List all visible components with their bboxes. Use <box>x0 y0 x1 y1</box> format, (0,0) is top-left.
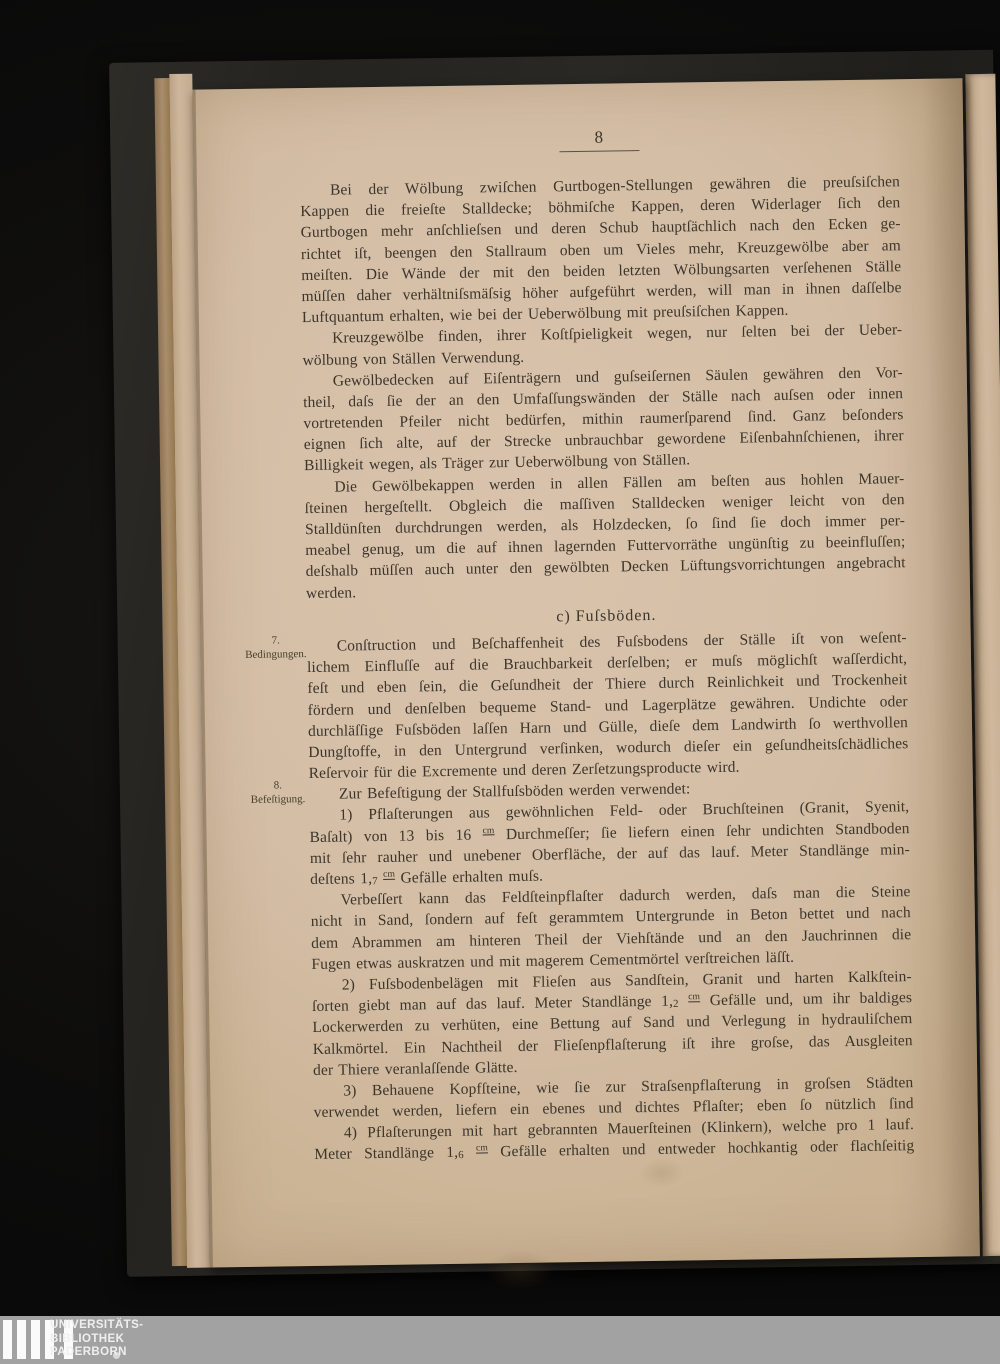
paragraph-8: Verbeſſert kann das Feldſteinpflaſter da… <box>310 881 911 975</box>
margin-note-label: Bedingungen. <box>238 647 314 662</box>
page-header: 8 <box>299 123 899 156</box>
paragraph-9: 2) Fuſsbodenbelägen mit Flieſen aus Sand… <box>312 966 914 1081</box>
paragraph-11: 4) Pflaſterungen mit hart gebrannten Mau… <box>314 1114 915 1165</box>
book: 8 7. Bedingungen. 8. Befeſtigung. Bei de… <box>0 0 1000 1329</box>
page-number-rule <box>559 150 639 152</box>
library-name-line: PADERBORN <box>50 1346 143 1360</box>
paper-stain <box>638 1158 684 1189</box>
library-name-line: BIBLIOTHEK <box>50 1333 143 1347</box>
library-name-line: UNIVERSITÄTS- <box>50 1319 143 1333</box>
margin-note-8: 8. Befeſtigung. <box>240 778 316 807</box>
paragraph-4: Die Gewölbekappen werden in allen Fällen… <box>304 468 906 604</box>
library-name: UNIVERSITÄTS- BIBLIOTHEK PADERBORN <box>50 1319 143 1360</box>
margin-note-label: Befeſtigung. <box>240 792 316 807</box>
scanned-book-photo: 8 7. Bedingungen. 8. Befeſtigung. Bei de… <box>0 0 1000 1364</box>
logo-bar <box>17 1320 26 1359</box>
paragraph-1: Bei der Wölbung zwiſchen Gurtbogen-Stell… <box>300 171 902 328</box>
margin-note-number: 7. <box>238 633 314 648</box>
paragraph-3: Gewölbedecken auf Eiſenträgern und guſse… <box>303 362 905 477</box>
paragraph-5: Conſtruction und Beſchaffenheit des Fuſs… <box>307 627 909 784</box>
body-text: Bei der Wölbung zwiſchen Gurtbogen-Stell… <box>300 171 915 1165</box>
logo-bar <box>3 1320 12 1359</box>
logo-bar <box>31 1320 40 1359</box>
page-number: 8 <box>299 123 899 152</box>
book-page: 8 7. Bedingungen. 8. Befeſtigung. Bei de… <box>192 78 979 1267</box>
paragraph-7: 1) Pflaſterungen aus gewöhnlichen Feld- … <box>309 797 910 891</box>
margin-note-number: 8. <box>240 778 316 793</box>
section-heading: c) Fuſsböden. <box>306 601 906 631</box>
margin-note-7: 7. Bedingungen. <box>238 633 314 662</box>
library-banner: UNIVERSITÄTS- BIBLIOTHEK PADERBORN <box>0 1316 1000 1364</box>
